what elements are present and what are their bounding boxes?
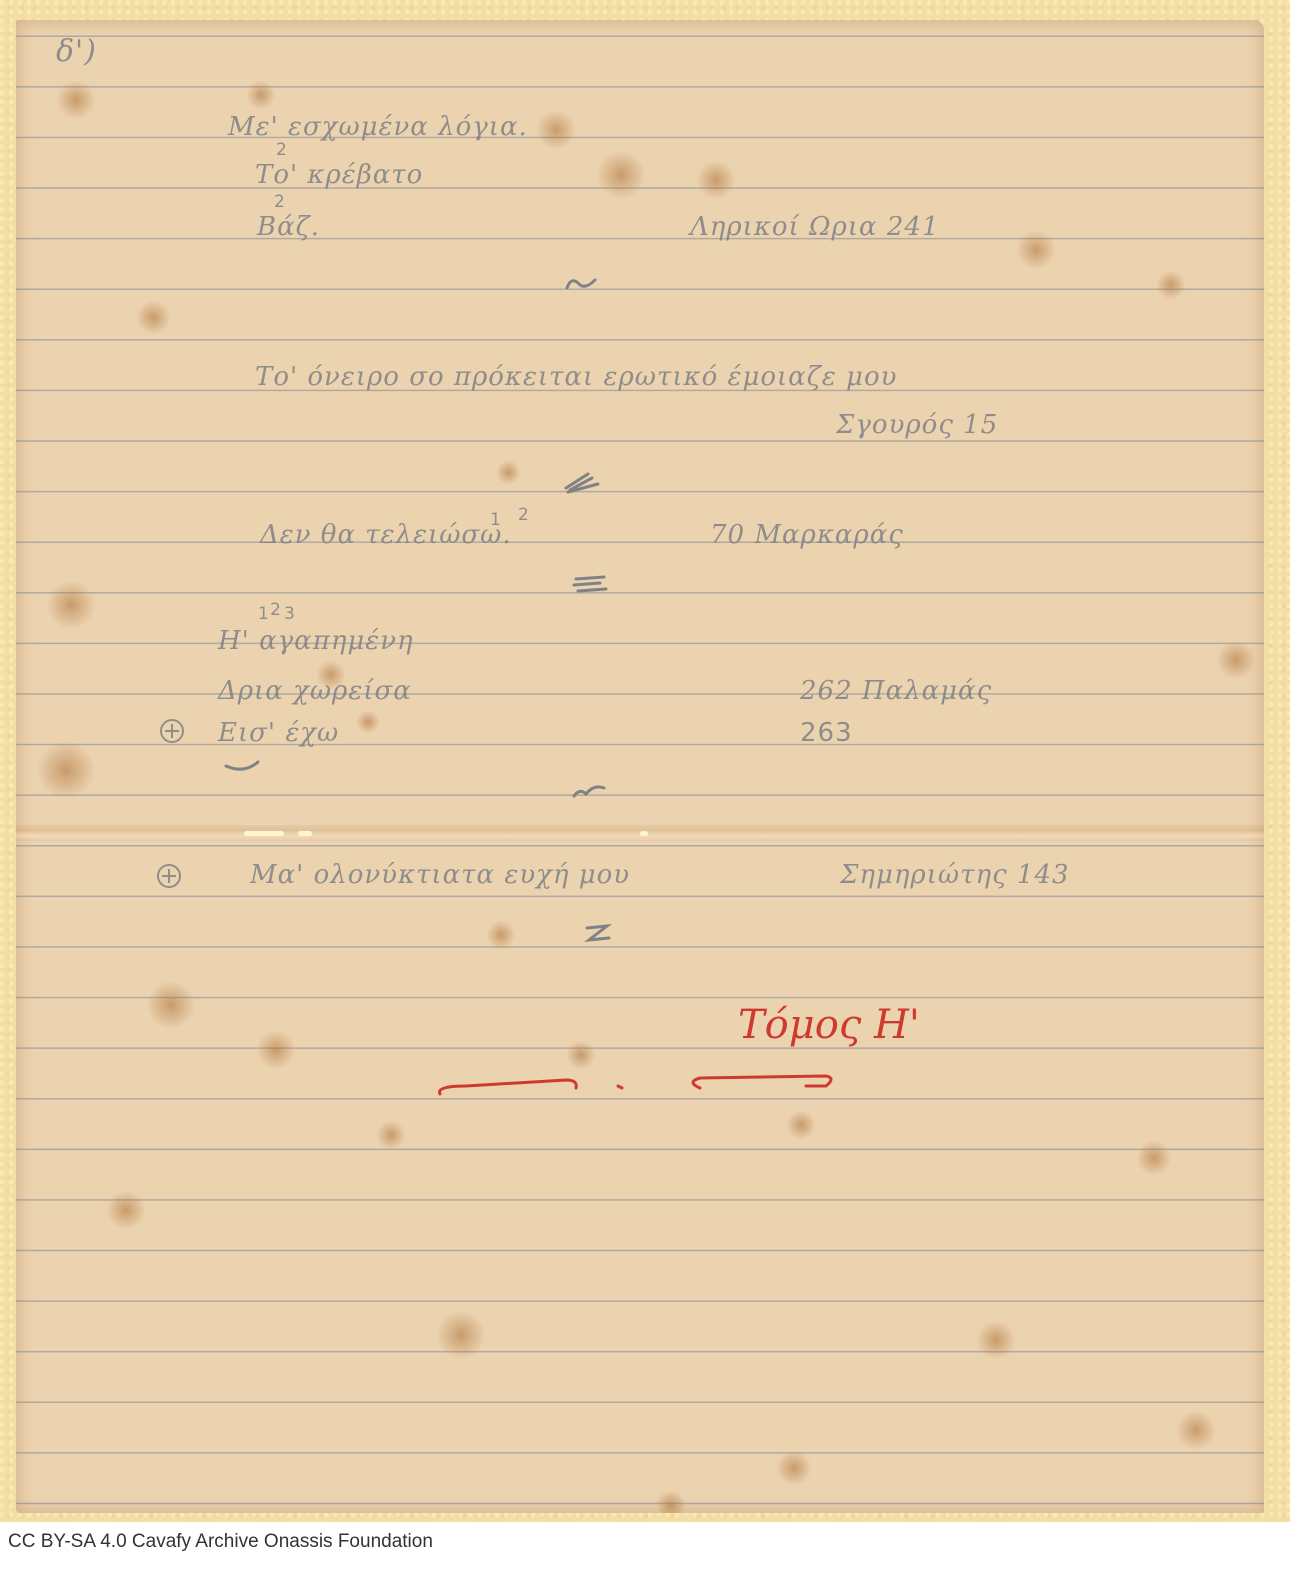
corner-label: δ') [56, 34, 97, 69]
foxing-spot [786, 1110, 816, 1140]
foxing-spot [106, 1190, 146, 1230]
foxing-spot [696, 160, 736, 200]
entry-4-reference-2: 263 [800, 718, 853, 748]
fold-tear [640, 831, 648, 836]
foxing-spot [976, 1320, 1016, 1360]
entry-4-superscript: 1 [258, 604, 270, 624]
foxing-spot [136, 300, 171, 335]
foxing-spot [56, 80, 96, 120]
foxing-spot [776, 1450, 812, 1486]
foxing-spot [1176, 1410, 1216, 1450]
entry-4-line-2: Δρια χωρείσα [218, 676, 412, 706]
entry-3-line-1: Δεν θα τελειώσω. [260, 520, 512, 550]
entry-1-line-2: Το' κρέβατο [255, 160, 423, 190]
separator-mark [583, 922, 613, 944]
license-credit: CC BY-SA 4.0 Cavafy Archive Onassis Foun… [8, 1531, 433, 1553]
foxing-spot [566, 1040, 596, 1070]
entry-4-reference-1: 262 Παλαμάς [800, 676, 992, 706]
entry-4-line-3: Εισ' έχω [218, 718, 339, 748]
ruled-lines [16, 20, 1264, 1513]
foxing-spot [1016, 230, 1056, 270]
separator-mark [565, 274, 599, 294]
separator-mark [570, 573, 610, 599]
underline-arc-mark [224, 756, 264, 774]
entry-5-line-1: Μα' ολονύκτιατα ευχή μου [250, 860, 630, 890]
foxing-spot [376, 1120, 406, 1150]
foxing-spot [1156, 270, 1186, 300]
entry-4-superscript: 2 [270, 600, 282, 620]
manuscript-sheet [16, 20, 1264, 1513]
foxing-spot [596, 150, 646, 200]
fold-tear [298, 831, 312, 836]
foxing-spot [436, 1310, 486, 1360]
foxing-spot [46, 580, 96, 630]
foxing-spot [1216, 640, 1256, 680]
entry-2-line-1: Το' όνειρο σο πρόκειται ερωτικό έμοιαζε … [255, 362, 897, 392]
separator-mark [562, 470, 602, 496]
foxing-spot [486, 920, 516, 950]
foxing-spot [146, 980, 196, 1030]
entry-2-reference: Σγουρός 15 [836, 410, 998, 440]
foxing-spot [36, 740, 96, 800]
circle-plus-mark [157, 864, 181, 888]
entry-1-reference: Ληρικοί Ωρια 241 [690, 212, 939, 242]
entry-1-line-1: Με' εσχωμένα λόγια. [228, 112, 528, 142]
foxing-spot [656, 1490, 686, 1513]
entry-1-superscript: 2 [274, 192, 286, 212]
separator-mark [572, 782, 608, 802]
circle-plus-mark [160, 719, 184, 743]
entry-4-line-1: Η' αγαπημένη [218, 626, 414, 656]
foxing-spot [246, 80, 276, 110]
entry-1-line-3: Βάζ. [257, 212, 320, 242]
red-heading: Τόμος Η' [738, 1002, 920, 1048]
entry-3-superscript: 2 [518, 505, 530, 525]
entry-4-superscript: 3 [284, 604, 296, 624]
entry-1-superscript: 2 [276, 140, 288, 160]
foxing-spot [356, 710, 380, 734]
foxing-spot [496, 460, 521, 485]
entry-5-reference: Σημηριώτης 143 [840, 860, 1070, 890]
foxing-spot [536, 110, 576, 150]
foxing-spot [1136, 1140, 1172, 1176]
red-flourish [436, 1074, 846, 1104]
foxing-spot [256, 1030, 296, 1070]
entry-3-reference: 70 Μαρκαράς [710, 520, 904, 550]
fold-tear [244, 831, 284, 836]
